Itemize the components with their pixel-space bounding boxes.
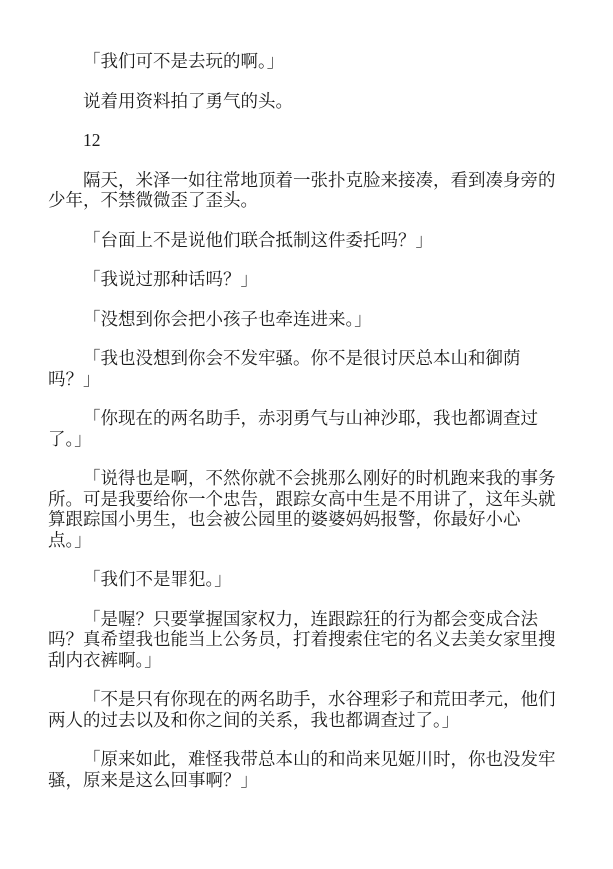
dialogue-paragraph-8: 「我们不是罪犯。」 <box>48 569 565 590</box>
dialogue-paragraph-2: 「台面上不是说他们联合抵制这件委托吗？」 <box>48 230 565 251</box>
dialogue-paragraph-9: 「是喔？只要掌握国家权力，连跟踪狂的行为都会变成合法 吗？真希望我也能当上公务员… <box>48 609 565 671</box>
dialogue-paragraph-11: 「原来如此，难怪我带总本山的和尚来见姬川时，你也没发牢 骚，原来是这么回事啊？」 <box>48 749 565 790</box>
dialogue-paragraph-7: 「说得也是啊，不然你就不会挑那么刚好的时机跑来我的事务 所。可是我要给你一个忠告… <box>48 468 565 550</box>
novel-text-page: 「我们可不是去玩的啊。」 说着用资料拍了勇气的头。 12 隔天，米泽一如往常地顶… <box>0 0 613 869</box>
dialogue-paragraph-10: 「不是只有你现在的两名助手，水谷理彩子和荒田孝元，他们 两人的过去以及和你之间的… <box>48 689 565 730</box>
dialogue-paragraph-1: 「我们可不是去玩的啊。」 <box>48 51 565 72</box>
dialogue-paragraph-3: 「我说过那种话吗？」 <box>48 269 565 290</box>
narration-paragraph-2: 隔天，米泽一如往常地顶着一张扑克脸来接凑，看到凑身旁的 少年，不禁微微歪了歪头。 <box>48 170 565 211</box>
dialogue-paragraph-4: 「没想到你会把小孩子也牵连进来。」 <box>48 309 565 330</box>
dialogue-paragraph-6: 「你现在的两名助手，赤羽勇气与山神沙耶，我也都调查过 了。」 <box>48 408 565 449</box>
dialogue-paragraph-5: 「我也没想到你会不发牢骚。你不是很讨厌总本山和御荫 吗？」 <box>48 348 565 389</box>
narration-paragraph-1: 说着用资料拍了勇气的头。 <box>48 91 565 112</box>
section-number: 12 <box>48 130 565 151</box>
